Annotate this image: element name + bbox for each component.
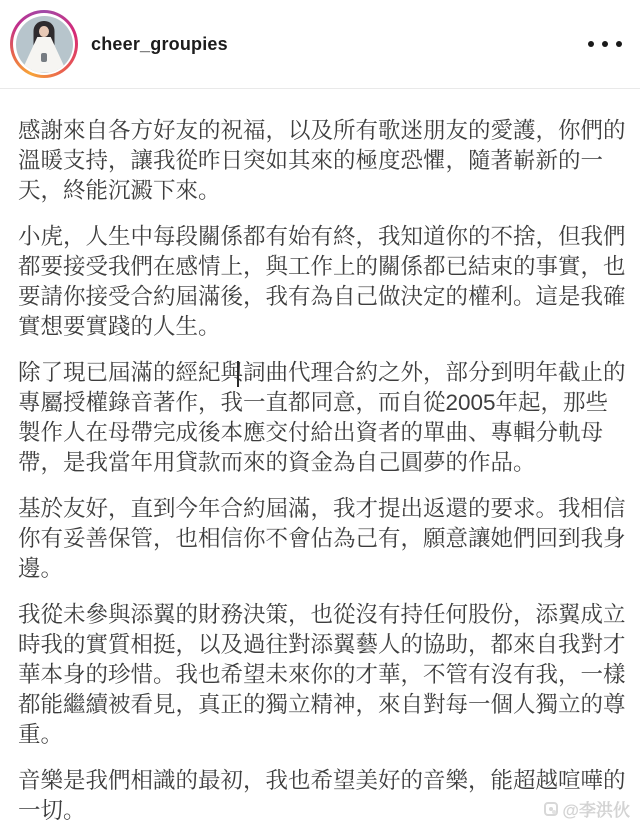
more-options-button[interactable] [586,35,624,53]
avatar[interactable] [16,16,73,73]
story-ring-gap [13,13,75,75]
post-body: 感謝來自各方好友的祝福，以及所有歌迷朋友的愛護，你們的 溫暖支持，讓我從昨日突如… [0,89,640,826]
post-header: cheer_groupies [0,0,640,88]
post-paragraph: 基於友好，直到今年合約屆滿，我才提出返還的要求。我相信 你有妥善保管，也相信你不… [18,494,626,584]
post-paragraph: 除了現已屆滿的經紀與詞曲代理合約之外，部分到明年截止的 專屬授權錄音著作，我一直… [18,358,626,478]
watermark: @李洪伙 [544,796,630,821]
ellipsis-dot-icon [588,41,594,47]
watermark-logo-icon [544,802,558,816]
ellipsis-dot-icon [616,41,622,47]
avatar-face [39,26,49,37]
post-paragraph: 小虎，人生中每段關係都有始有終，我知道你的不捨，但我們 都要接受我們在感情上，與… [18,222,626,342]
ellipsis-dot-icon [602,41,608,47]
story-ring[interactable] [10,10,78,78]
username[interactable]: cheer_groupies [91,34,228,55]
post-paragraph: 音樂是我們相識的最初，我也希望美好的音樂，能超越喧嘩的 一切。 [18,766,626,826]
post-paragraph: 感謝來自各方好友的祝福，以及所有歌迷朋友的愛護，你們的 溫暖支持，讓我從昨日突如… [18,116,626,206]
avatar-hands [41,53,47,62]
text-cursor [237,361,239,387]
post-paragraph: 我從未參與添翼的財務決策，也從沒有持任何股份，添翼成立 時我的實質相挺，以及過往… [18,600,626,750]
watermark-text: @李洪伙 [562,796,630,821]
